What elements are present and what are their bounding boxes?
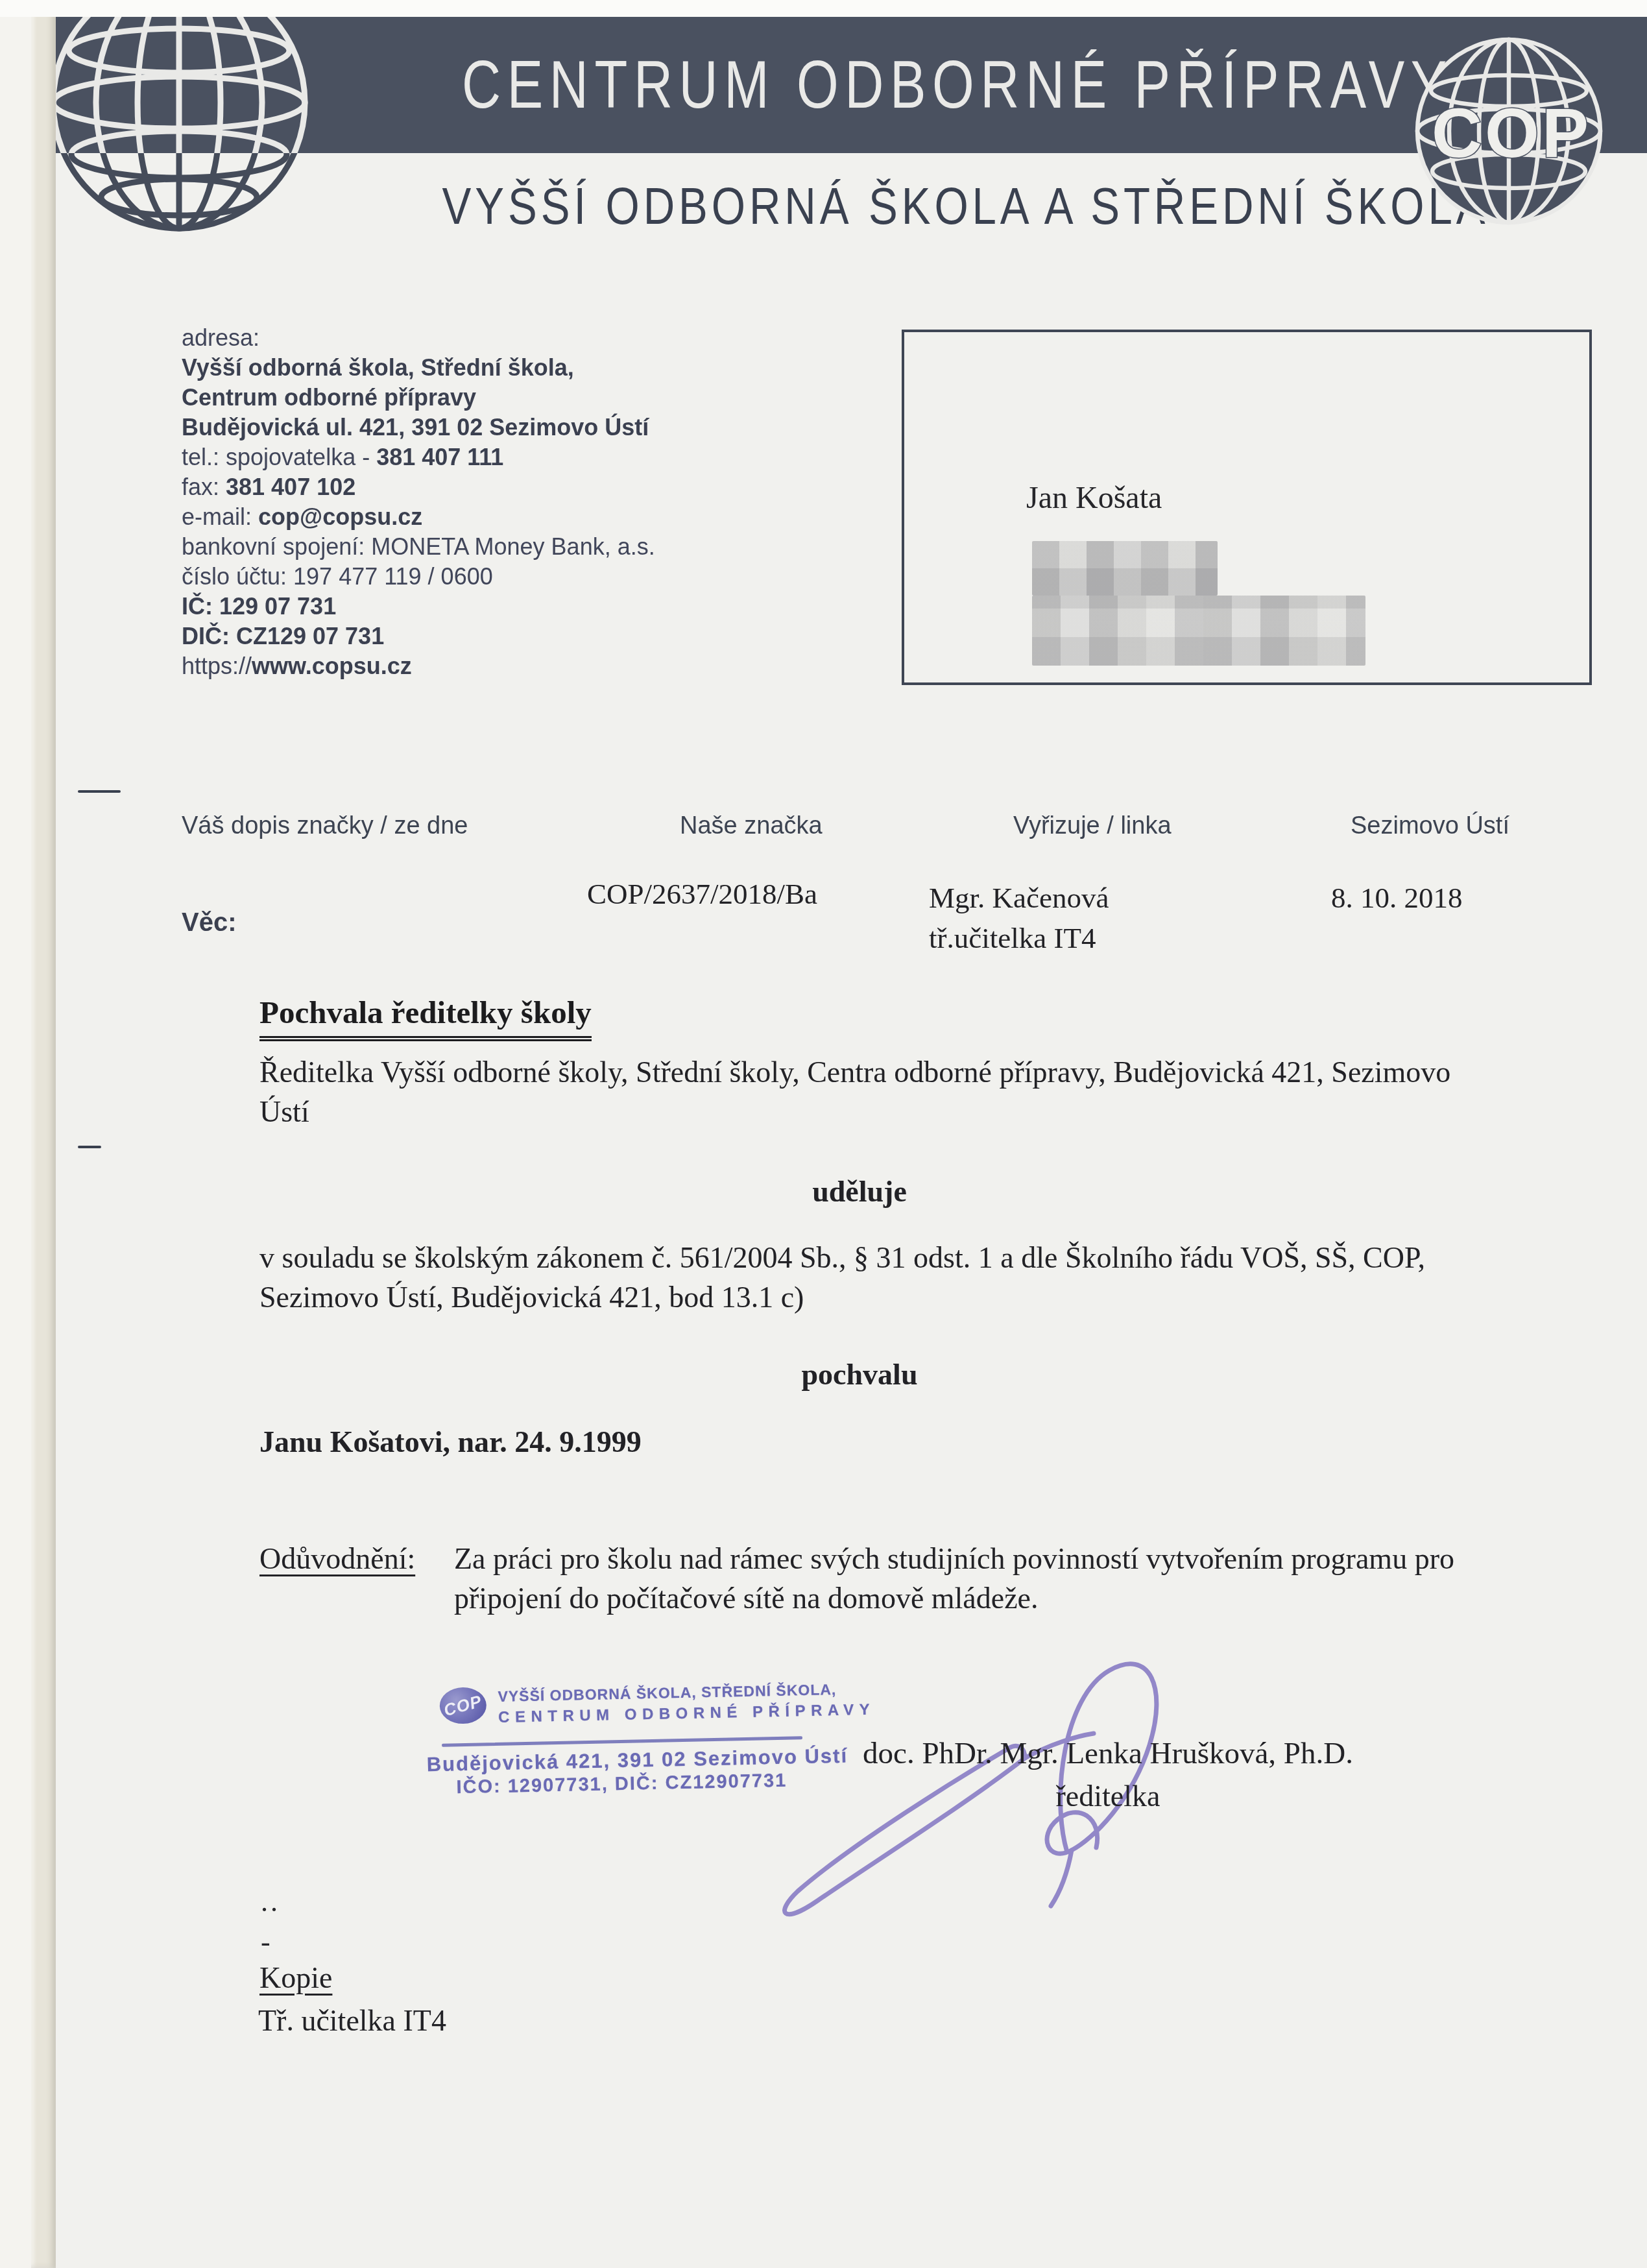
ref-our-ref-label: Naše značka (680, 812, 823, 840)
body-paragraph-1: Ředitelka Vyšší odborné školy, Střední š… (259, 1052, 1476, 1131)
grant-word: uděluje (259, 1172, 1460, 1211)
fold-mark-bottom (78, 1146, 101, 1148)
reason-row: Odůvodnění: Za práci pro školu nad rámec… (259, 1539, 1479, 1618)
sender-web-line: https://www.copsu.cz (182, 651, 655, 681)
ref-our-ref-value: COP/2637/2018/Ba (587, 877, 817, 911)
globe-wireframe-icon (56, 17, 315, 241)
stamp-cop-globe-icon: COP (439, 1687, 487, 1724)
sender-dic-line: DIČ: CZ129 07 731 (182, 621, 655, 651)
paper-edge-strip (31, 0, 56, 2268)
letterhead-title: CENTRUM ODBORNÉ PŘÍPRAVY (462, 47, 1251, 124)
letterhead-subtitle: VYŠŠÍ ODBORNÁ ŠKOLA A STŘEDNÍ ŠKOLA (442, 176, 1271, 236)
reason-text: Za práci pro školu nad rámec svých studi… (454, 1539, 1456, 1618)
ref-handled-by-name: Mgr. Kačenová (929, 881, 1109, 915)
cop-globe-logo-icon: COP (1401, 29, 1632, 230)
copy-label: Kopie (259, 1960, 332, 1995)
ref-place-label: Sezimovo Ústí (1351, 812, 1509, 840)
sender-tel-line: tel.: spojovatelka - 381 407 111 (182, 442, 655, 472)
ref-your-ref-label: Váš dopis značky / ze dne (182, 812, 468, 840)
cop-logo-text: COP (1432, 93, 1591, 172)
scanned-letter-page: CENTRUM ODBORNÉ PŘÍPRAVY VYŠŠÍ ODBORNÁ Š… (0, 0, 1647, 2268)
reason-label: Odůvodnění: (259, 1539, 454, 1618)
signer-name: doc. PhDr. Mgr. Lenka Hrušková, Ph.D. (823, 1736, 1393, 1771)
scan-left-margin (0, 0, 31, 2268)
sender-web-value: www.copsu.cz (252, 653, 412, 679)
sender-bank-line: bankovní spojení: MONETA Money Bank, a.s… (182, 532, 655, 562)
sender-email-value: cop@copsu.cz (258, 503, 422, 530)
subject-label: Věc: (182, 908, 237, 937)
sender-account-line: číslo účtu: 197 477 119 / 0600 (182, 562, 655, 592)
copy-recipient: Tř. učitelka IT4 (258, 2003, 446, 2038)
footer-mark-dash: - (261, 1925, 270, 1959)
redacted-address-line-2 (1032, 596, 1365, 666)
redacted-address-line-1 (1032, 541, 1218, 596)
sender-ic-line: IČ: 129 07 731 (182, 592, 655, 621)
award-word: pochvalu (259, 1355, 1460, 1394)
ref-handled-by-label: Vyřizuje / linka (1013, 812, 1172, 840)
footer-mark-dots: .. (261, 1885, 280, 1918)
sender-address-block: adresa: Vyšší odborná škola, Střední ško… (182, 323, 655, 681)
body-paragraph-2: v souladu se školským zákonem č. 561/200… (259, 1238, 1476, 1317)
sender-fax-value: 381 407 102 (226, 474, 355, 500)
signer-role: ředitelka (823, 1779, 1393, 1813)
sender-fax-line: fax: 381 407 102 (182, 472, 655, 502)
recipient-address-box: Jan Košata (902, 330, 1592, 685)
awardee-line: Janu Košatovi, nar. 24. 9.1999 (259, 1422, 642, 1462)
ref-handled-by-role: tř.učitelka IT4 (929, 921, 1096, 955)
recipient-name: Jan Košata (1026, 480, 1162, 516)
ref-date-value: 8. 10. 2018 (1331, 881, 1463, 915)
sender-label: adresa: (182, 323, 655, 353)
sender-tel-value: 381 407 111 (376, 444, 503, 470)
sender-name-line-1: Vyšší odborná škola, Střední škola, (182, 353, 655, 383)
scan-top-margin (0, 0, 1647, 17)
fold-mark-top (78, 790, 121, 793)
sender-street: Budějovická ul. 421, 391 02 Sezimovo Úst… (182, 413, 655, 442)
letter-title: Pochvala ředitelky školy (259, 994, 592, 1041)
sender-name-line-2: Centrum odborné přípravy (182, 383, 655, 413)
sender-email-line: e-mail: cop@copsu.cz (182, 502, 655, 532)
